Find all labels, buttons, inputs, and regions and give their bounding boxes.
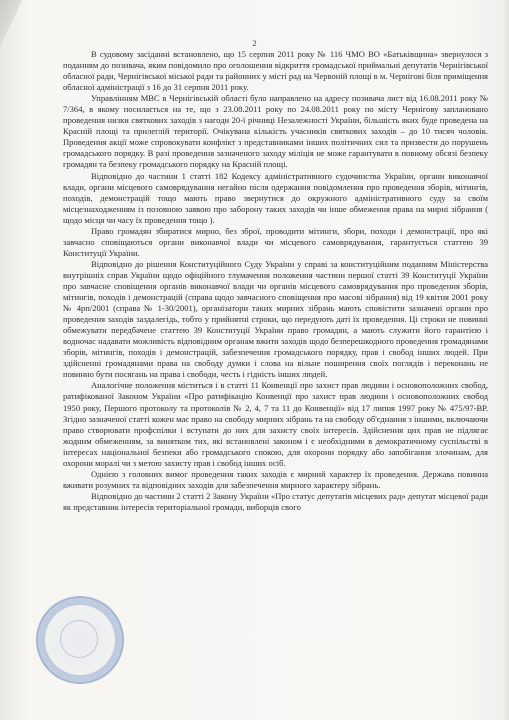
document-body: В судовому засіданні встановлено, що 15 … <box>63 49 488 513</box>
paragraph-peaceful-character: Однією з головних вимог проведення таких… <box>63 469 488 491</box>
document-page: 2 В судовому засіданні встановлено, що 1… <box>0 0 509 720</box>
folded-corner-shadow <box>0 0 26 60</box>
paragraph-court-finding: В судовому засіданні встановлено, що 15 … <box>63 49 488 93</box>
page-number: 2 <box>0 38 509 48</box>
stamp-inner-ring <box>60 620 98 658</box>
paragraph-constitutional-court: Відповідно до рішення Конституційного Су… <box>63 259 488 381</box>
paragraph-convention-article-11: Аналогічне положення міститься і в статт… <box>63 380 488 468</box>
paragraph-right-to-assembly: Право громадян збиратися мирно, без збро… <box>63 226 488 259</box>
paragraph-police-letter: Управлінням МВС в Чернігівській області … <box>63 93 488 170</box>
official-stamp <box>36 596 124 684</box>
page-edge-shadow <box>503 0 509 720</box>
paragraph-article-182: Відповідно до частини 1 статті 182 Кодек… <box>63 171 488 226</box>
paragraph-deputies-law: Відповідно до частини 2 статті 2 Закону … <box>63 491 488 513</box>
